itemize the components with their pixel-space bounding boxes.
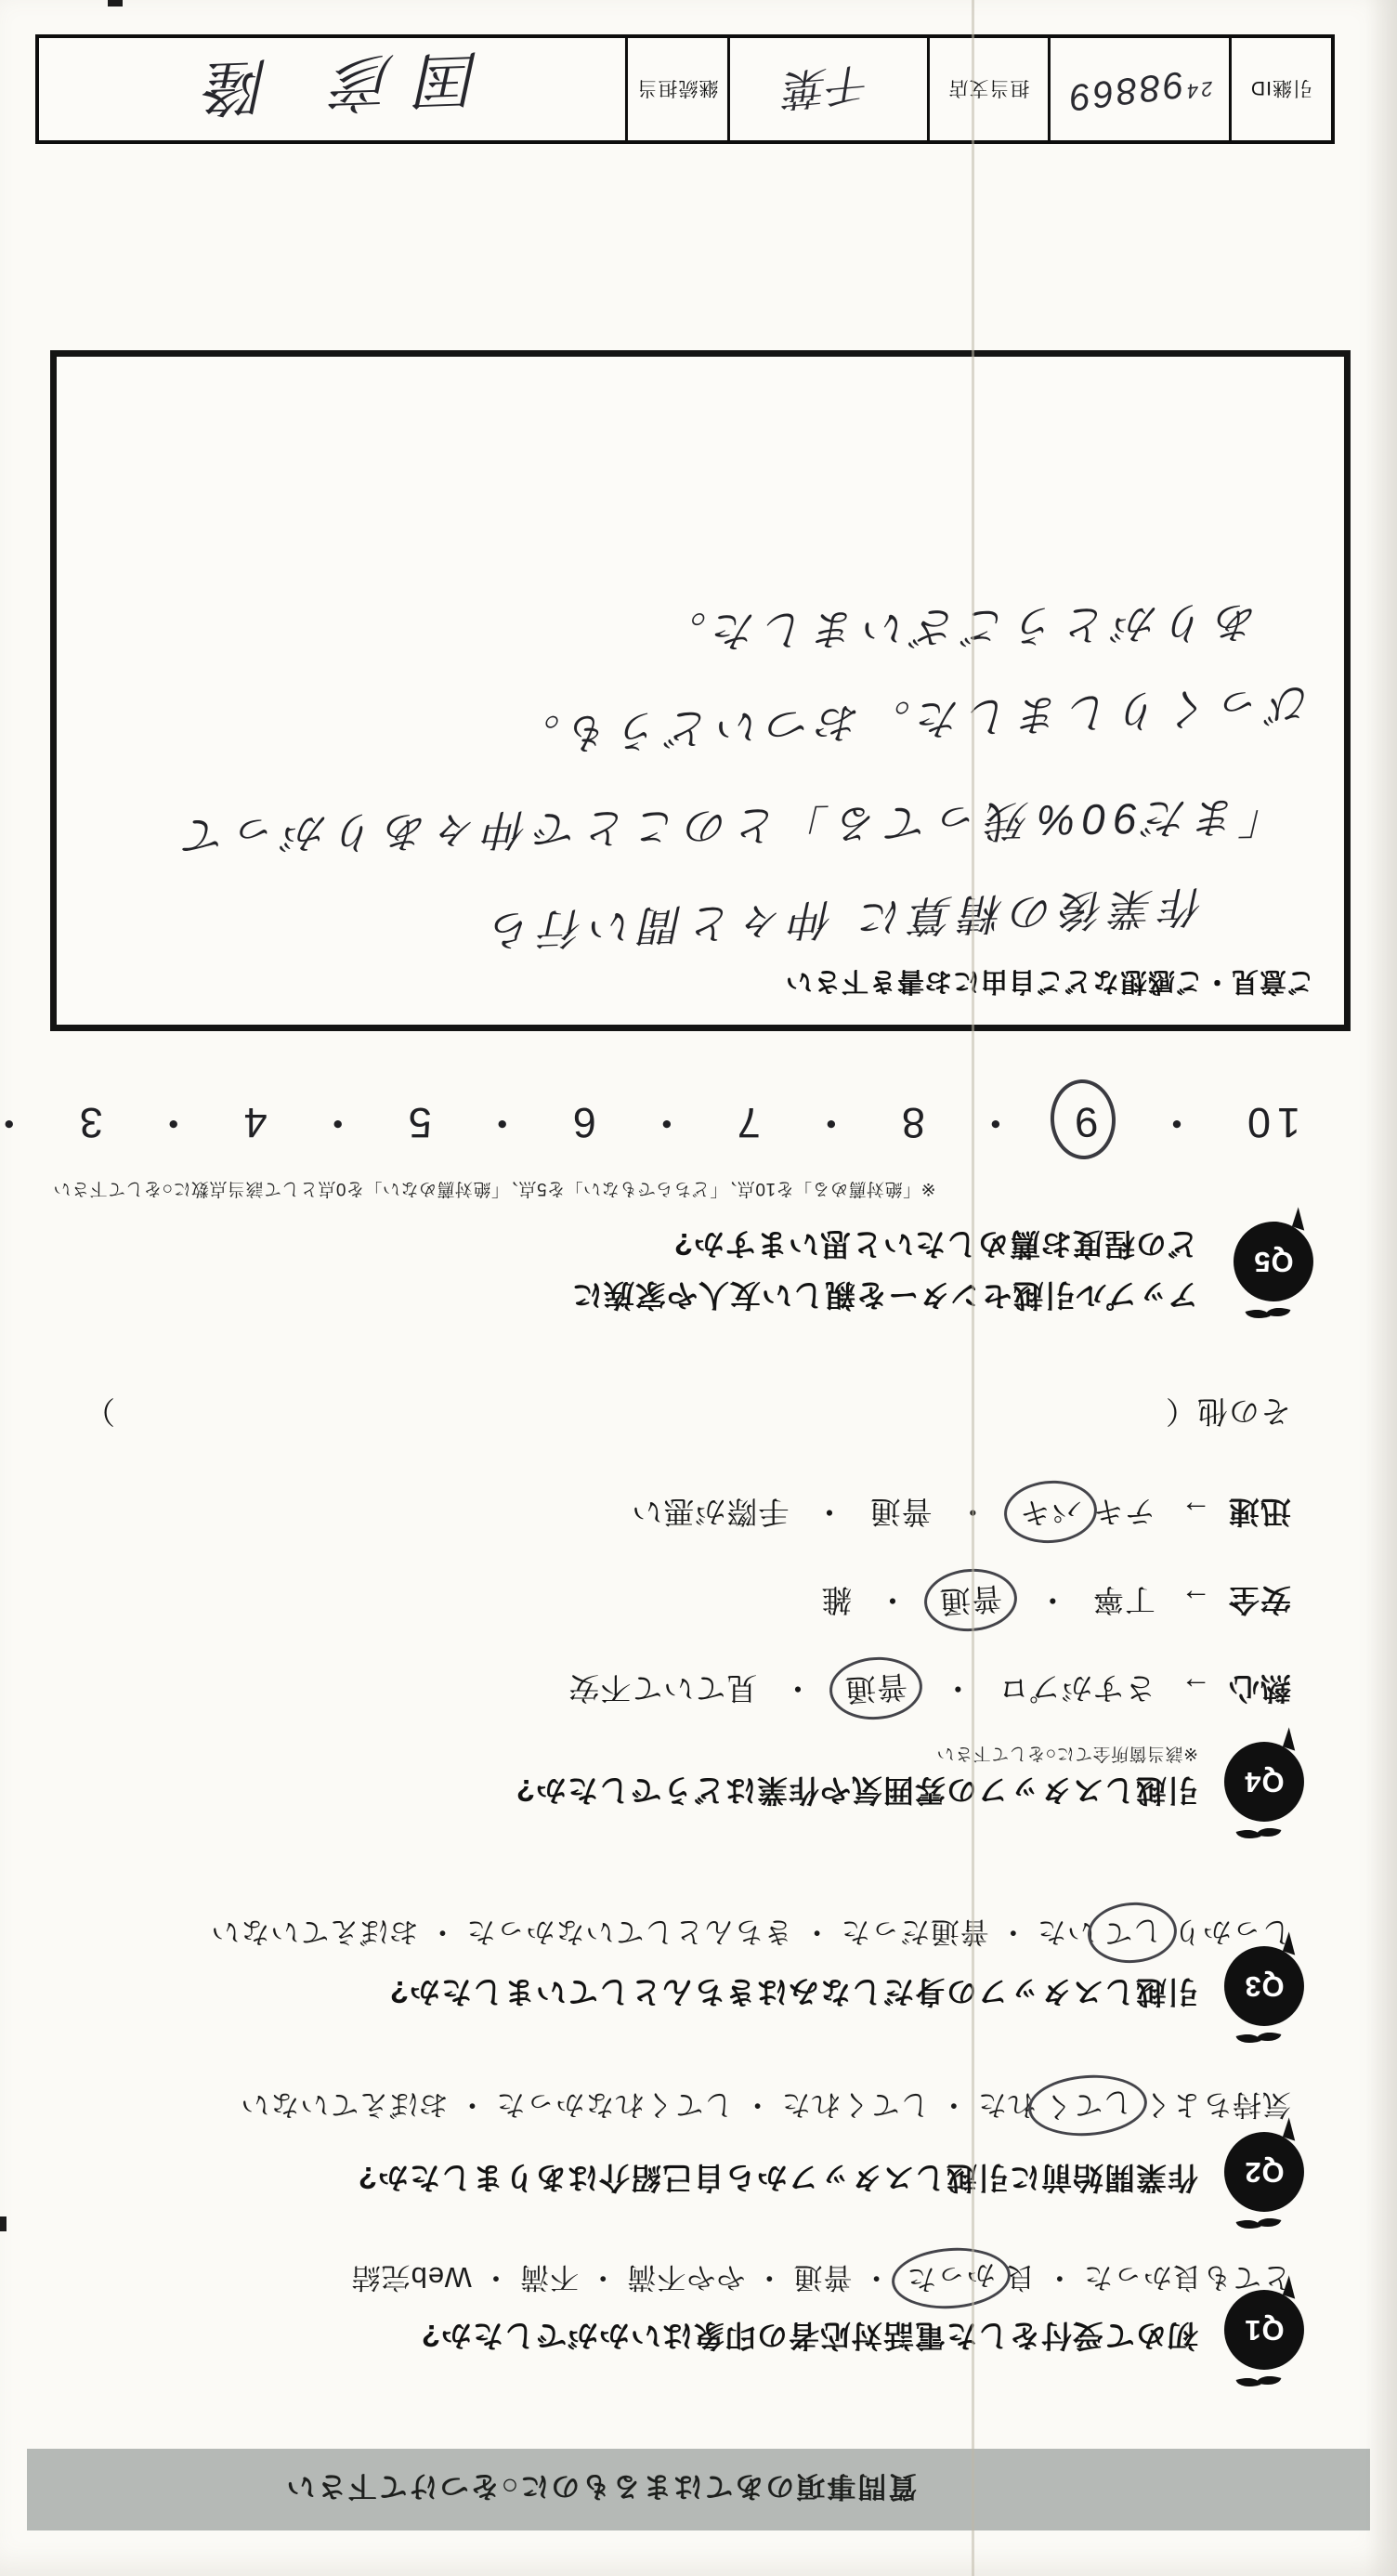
nps-scale: 10 ・ 9 ・ 8 ・ 7 ・ 6 ・ 5 ・ 4 ・ 3 ・ 2 ・ 1 ・…: [0, 1094, 1300, 1157]
arrow-icon: →: [1180, 1583, 1211, 1617]
sprout-icon: [1239, 2026, 1276, 2045]
q4-row-nesshin: 熱心→さすがプロ ・ 普通 ・ 見ていて不安: [568, 1666, 1291, 1712]
arrow-icon: →: [1180, 1671, 1211, 1706]
nps-circled-score: 9: [1049, 1078, 1117, 1161]
q4-row-post: ・ 雑: [820, 1583, 932, 1617]
arrow-icon: →: [1180, 1495, 1211, 1529]
paper-crease: [972, 0, 974, 2576]
staff-label: 継続担当: [628, 38, 730, 140]
q3-options-post: いた ・ 普通だった ・ きちんとしていなかった ・ おぼえていない: [210, 1916, 1096, 1948]
other-close-paren: ）: [84, 1392, 115, 1435]
q4-row-circled-text: 普通: [842, 1669, 907, 1708]
paper-edge-shadow: [1365, 0, 1397, 2576]
sprout-icon: [1239, 2212, 1276, 2230]
handwritten-line: 作業後の精算に 仲々と間い行ら: [482, 878, 1206, 964]
q4-row-jinsoku: 迅速→テキパキ ・ 普通 ・ 手際が悪い: [631, 1489, 1291, 1536]
q4-row-circled-answer: パキ: [1002, 1478, 1099, 1547]
q5-question-line2: どの程度お薦めしたいと思いますか?: [673, 1224, 1198, 1268]
q4-row-anzen: 安全→丁寧 ・ 普通 ・ 雑: [820, 1577, 1291, 1624]
q4-row-circled-text: 普通: [937, 1581, 1002, 1620]
q5-note: ※「絶対薦める」を10点、「どちらでもない」を5点、「絶対薦めない」を0点として…: [53, 1178, 935, 1203]
handwritten-line: ありがとうございました。: [656, 594, 1259, 665]
q3-circled-text: して: [1102, 1914, 1163, 1950]
sprout-icon: [1239, 2370, 1276, 2388]
q4-other-field: その他（）: [84, 1392, 1291, 1435]
branch-handwriting: 千葉: [783, 55, 873, 124]
q4-row-circled-text: パキ: [1018, 1493, 1083, 1532]
handover-id-sup: 24: [1183, 77, 1214, 104]
q1-options: とても良かった ・ 良かった ・ 普通 ・ やや不満 ・ 不満 ・ Web完結: [351, 2256, 1291, 2301]
nps-circled-text: 9: [1067, 1098, 1100, 1147]
q2-circled-text: してく: [1042, 2086, 1133, 2125]
branch-label: 担当支店: [930, 38, 1051, 140]
q4-row-label: 安全: [1228, 1583, 1291, 1617]
handover-id-value: 2498869: [1051, 38, 1232, 140]
q4-row-pre: 丁寧 ・: [1012, 1583, 1155, 1617]
q1-question: 初めて受付をした電話対応者の印象はいかがでしたか?: [421, 2316, 1198, 2360]
comment-heading: ご意見・ご感想などご自由にお書き下さい: [785, 964, 1314, 1002]
q2-badge: Q2: [1215, 2113, 1304, 2225]
q1-circled-answer: かった: [890, 2244, 1012, 2313]
q5-badge-label: Q5: [1234, 1222, 1313, 1301]
comment-box: ご意見・ご感想などご自由にお書き下さい 作業後の精算に 仲々と間い行ら 「まだ9…: [50, 350, 1351, 1031]
q4-row-pre: さすがプロ ・: [918, 1671, 1155, 1706]
q2-options-pre: 気持ちよく: [1142, 2088, 1291, 2121]
rotated-document: 質問事項のあてはまるものに○をつけて下さい Q1 初めて受付をした電話対応者の印…: [0, 0, 1397, 2576]
badge-tail-icon: [1283, 1727, 1301, 1750]
staff-name-handwriting: 国彦 隆: [182, 40, 482, 138]
q3-circled-answer: して: [1086, 1900, 1179, 1967]
scan-mark: [0, 2216, 7, 2231]
q2-badge-label: Q2: [1224, 2132, 1304, 2212]
q5-question-line1: アップル引越センターを親しい友人や家族に: [571, 1275, 1198, 1319]
staff-table: 引継ID 2498869 担当支店 千葉 継続担当 国彦 隆: [35, 34, 1335, 144]
q3-options-pre: しっかり: [1172, 1916, 1291, 1948]
q4-row-label: 迅速: [1228, 1495, 1291, 1529]
q4-row-post: ・ 見ていて不安: [568, 1671, 837, 1706]
handover-id-label: 引継ID: [1232, 38, 1331, 140]
q1-options-pre: とても良かった ・ 良: [1006, 2261, 1291, 2294]
q4-row-circled-answer: 普通: [921, 1566, 1018, 1635]
q3-badge-label: Q3: [1224, 1946, 1304, 2026]
q4-row-label: 熱心: [1228, 1671, 1291, 1706]
title-banner: 質問事項のあてはまるものに○をつけて下さい: [27, 2449, 1370, 2530]
q4-badge-label: Q4: [1224, 1742, 1304, 1822]
badge-tail-icon: [1292, 1207, 1311, 1230]
other-label: その他（: [1165, 1392, 1291, 1435]
sprout-icon: [1248, 1301, 1286, 1320]
q4-badge: Q4: [1215, 1723, 1304, 1835]
q5-badge: Q5: [1224, 1203, 1313, 1314]
scale-pre: 10 ・: [1106, 1099, 1300, 1146]
branch-value: 千葉: [730, 38, 930, 140]
q2-circled-answer: してく: [1026, 2072, 1149, 2140]
q2-options: 気持ちよくしてくれた ・ してくれた ・ してくれなかった ・ おぼえていない: [240, 2084, 1291, 2128]
q2-options-post: れた ・ してくれた ・ してくれなかった ・ おぼえていない: [240, 2088, 1037, 2121]
q1-circled-text: かった: [906, 2258, 997, 2297]
scale-post: ・ 8 ・ 7 ・ 6 ・ 5 ・ 4 ・ 3 ・ 2 ・ 1 ・ 0: [0, 1099, 1060, 1146]
q4-question: 引越しスタッフの雰囲気や作業はどうでしたか?: [516, 1771, 1198, 1814]
q1-options-post: ・ 普通 ・ やや不満 ・ 不満 ・ Web完結: [351, 2261, 900, 2294]
scan-mark: [108, 0, 123, 7]
handwritten-line: びっくりしました。おついどうも。: [509, 676, 1312, 770]
q3-options: しっかりしていた ・ 普通だった ・ きちんとしていなかった ・ おぼえていない: [210, 1911, 1291, 1955]
handwritten-line: 「まだ90%残ってる」とのことで仲々ありがって: [176, 789, 1288, 870]
q4-row-circled-answer: 普通: [827, 1654, 923, 1723]
staff-name-value: 国彦 隆: [39, 38, 628, 140]
q4-note: ※該当箇所全てに○をして下さい: [936, 1743, 1198, 1768]
handover-id-digits: 98869: [1065, 64, 1187, 119]
survey-title: 質問事項のあてはまるものに○をつけて下さい: [27, 2469, 1370, 2511]
q2-question: 作業開始前に引越しスタッフから自己紹介はありましたか?: [358, 2158, 1198, 2202]
q1-badge-label: Q1: [1224, 2290, 1304, 2370]
q4-row-post: ・ 普通 ・ 手際が悪い: [631, 1495, 1012, 1529]
q4-row-pre: テキ: [1092, 1495, 1155, 1529]
sprout-icon: [1239, 1822, 1276, 1840]
q3-question: 引越しスタッフの身だしなみはきちんとしていましたか?: [389, 1972, 1198, 2016]
scanned-survey-page: 質問事項のあてはまるものに○をつけて下さい Q1 初めて受付をした電話対応者の印…: [0, 0, 1397, 2576]
